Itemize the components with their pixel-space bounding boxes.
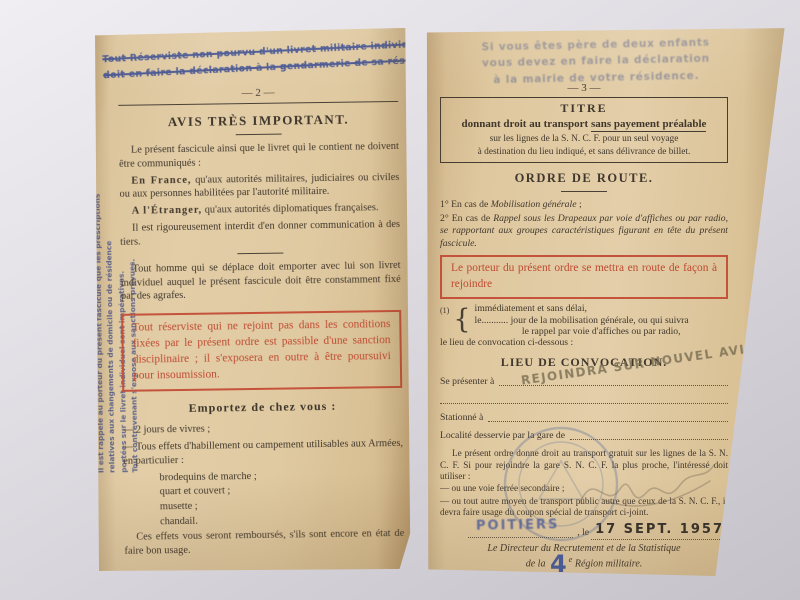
- brace-section: (1) { immédiatement et sans délai, le...…: [440, 303, 728, 337]
- dotted-line: [440, 393, 728, 404]
- small-divider: [237, 252, 283, 254]
- closing-paragraph: Ces effets vous seront remboursés, s'ils…: [124, 527, 404, 559]
- small-divider: [236, 133, 282, 135]
- left-page-body: — 2 — AVIS TRÈS IMPORTANT. Le présent fa…: [118, 84, 405, 561]
- signature: [572, 441, 722, 531]
- director-post: Région militaire.: [575, 559, 642, 570]
- titre-line: à destination du lieu indiqué, et sans d…: [447, 146, 721, 158]
- crossed-out-stamp: Tout Réserviste non pourvu d'un livret m…: [102, 38, 407, 86]
- small-divider: [561, 191, 607, 192]
- brace-item: immédiatement et sans délai,: [475, 303, 728, 314]
- region-sup: e: [569, 555, 573, 564]
- ordre-item: 2° En cas de Rappel sous les Drapeaux pa…: [440, 213, 728, 250]
- footnote-ref: (1): [440, 306, 449, 316]
- form-field: [440, 392, 728, 406]
- paragraph: En France, qu'aux autorités militaires, …: [119, 170, 399, 202]
- avis-heading: AVIS TRÈS IMPORTANT.: [118, 110, 398, 131]
- right-page: Si vous êtes père de deux enfants vous d…: [424, 27, 786, 576]
- titre-box: TITRE donnant droit au transport sans pa…: [440, 97, 728, 163]
- sub-list: brodequins de marche ; quart et couvert …: [159, 467, 404, 529]
- curly-brace: {: [453, 308, 470, 332]
- paragraph: Le présent fascicule ainsi que le livret…: [119, 140, 399, 172]
- brace-item: le rappel par voie d'affiches ou par rad…: [475, 326, 728, 337]
- footnote: (1) Mention inutile à rayer par le Servi…: [440, 589, 728, 599]
- director-pre: de la: [526, 559, 546, 570]
- field-label: Se présenter à: [440, 376, 494, 388]
- paragraph: Il est rigoureusement interdit d'en donn…: [120, 218, 400, 250]
- list-item: — 2 jours de vivres ;: [123, 420, 403, 438]
- list-item: — Tous effets d'habillement ou campement…: [123, 437, 403, 469]
- france-lead: En France,: [131, 174, 191, 186]
- route-red-box: Le porteur du présent ordre se mettra en…: [440, 255, 728, 299]
- titre-title: TITRE: [447, 101, 721, 116]
- etranger-lead: A l'Étranger,: [132, 205, 202, 217]
- brace-item: le........... jour de la mobilisation gé…: [475, 315, 728, 326]
- field-label: Stationné à: [440, 412, 483, 424]
- paragraph: Tout homme qui se déplace doit emporter …: [120, 259, 401, 304]
- ordre-item-italic: Mobilisation générale: [491, 199, 577, 210]
- page-number: — 3 —: [440, 81, 728, 95]
- red-warning-text: Tout réserviste qui ne rejoint pas dans …: [132, 318, 391, 382]
- photo-background: Il est rappelé au porteur du présent fas…: [0, 0, 800, 600]
- ordre-item-pre: 1° En cas de: [440, 199, 491, 210]
- ordre-item-pre: 2° En cas de: [440, 213, 493, 224]
- dotted-line: [488, 411, 728, 422]
- titre-line: sur les lignes de la S. N. C. F. pour un…: [447, 133, 721, 145]
- brace-items: immédiatement et sans délai, le.........…: [475, 303, 728, 337]
- ordre-heading: ORDRE DE ROUTE.: [440, 170, 728, 186]
- titre-line-pre: donnant droit au transport: [462, 118, 591, 130]
- etranger-text: qu'aux autorités diplomatiques française…: [205, 202, 379, 215]
- route-red-text: Le porteur du présent ordre se mettra en…: [451, 262, 717, 290]
- director-region: de la 4e Région militaire.: [440, 555, 728, 570]
- emportez-heading: Emportez de chez vous :: [122, 398, 402, 418]
- underlined-text: sans payement préalable: [591, 118, 707, 132]
- footnote-divider: [440, 585, 728, 586]
- director-line: Le Directeur du Recrutement et de la Sta…: [440, 542, 728, 570]
- paragraph: A l'Étranger, qu'aux autorités diplomati…: [120, 201, 400, 219]
- titre-line: donnant droit au transport sans payement…: [447, 117, 721, 131]
- red-warning-box: Tout réserviste qui ne rejoint pas dans …: [121, 310, 402, 392]
- brace-tail: le lieu de convocation ci-dessous :: [440, 337, 728, 349]
- page-number: — 2 —: [118, 84, 398, 103]
- ordre-item: 1° En cas de Mobilisation générale ;: [440, 199, 728, 211]
- left-page: Il est rappelé au porteur du présent fas…: [90, 28, 414, 573]
- ordre-item-post: ;: [577, 199, 582, 210]
